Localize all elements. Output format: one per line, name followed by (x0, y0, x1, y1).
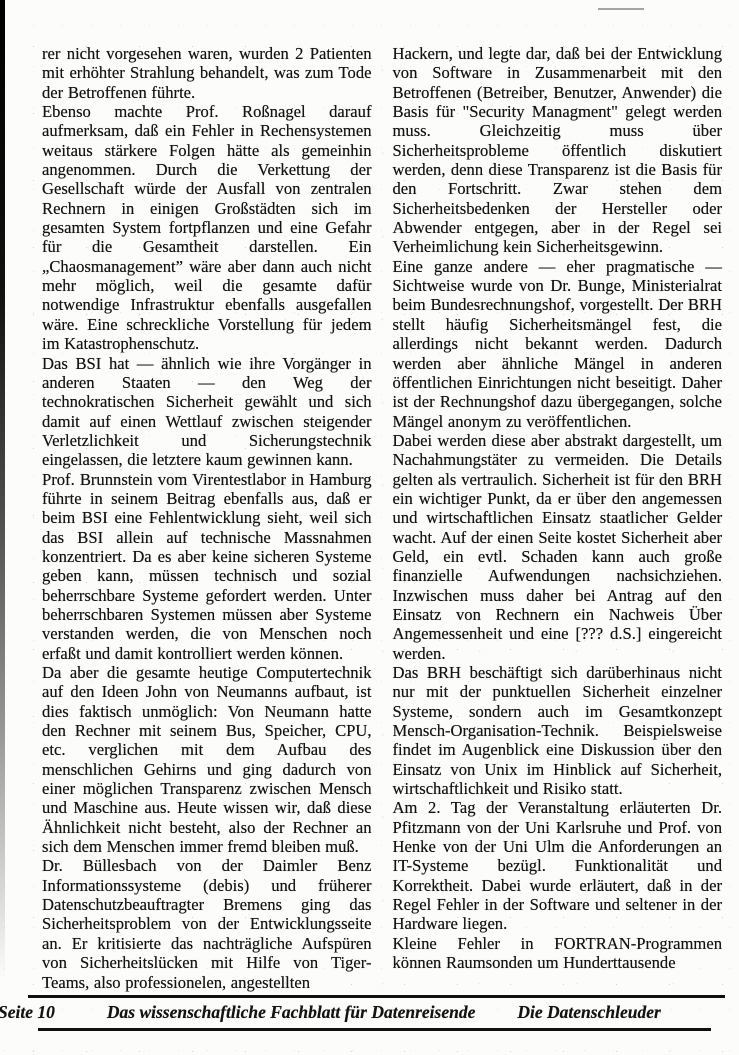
paragraph: Das BRH beschäftigt sich darüberhinaus n… (393, 663, 723, 798)
footer-rule-bottom (38, 1028, 711, 1031)
paragraph: Dr. Büllesbach von der Daimler Benz Info… (42, 856, 372, 991)
paragraph: Kleine Fehler in FORTRAN-Programmen könn… (393, 934, 723, 973)
paragraph: Am 2. Tag der Veranstaltung erläuterten … (393, 798, 723, 933)
journal-subtitle: Das wissenschaftliche Fachblatt für Date… (107, 1002, 476, 1023)
paragraph: Da aber die gesamte heutige Computertech… (42, 663, 372, 856)
paragraph: Prof. Brunnstein vom Virentestlabor in H… (42, 470, 372, 663)
page-number: Seite 10 (0, 1002, 55, 1023)
paragraph: rer nicht vorgesehen waren, wurden 2 Pat… (42, 44, 372, 102)
page-footer: Seite 10 Das wissenschaftliche Fachblatt… (0, 995, 739, 1031)
scan-dash-artifact (598, 8, 644, 10)
paragraph: Dabei werden diese aber abstrakt dargest… (393, 431, 723, 663)
journal-title: Die Datenschleuder (517, 1002, 660, 1023)
article-body: rer nicht vorgesehen waren, wurden 2 Pat… (42, 44, 722, 992)
paragraph: Hackern, und legte dar, daß bei der Entw… (393, 44, 723, 257)
left-column: rer nicht vorgesehen waren, wurden 2 Pat… (42, 44, 372, 992)
paragraph: Eine ganze andere — eher pragmatische — … (393, 257, 723, 431)
scan-edge-artifact (0, 0, 5, 980)
right-column: Hackern, und legte dar, daß bei der Entw… (393, 44, 723, 992)
paragraph: Das BSI hat — ähnlich wie ihre Vorgänger… (42, 354, 372, 470)
paragraph: Ebenso machte Prof. Roßnagel darauf aufm… (42, 102, 372, 353)
footer-row: Seite 10 Das wissenschaftliche Fachblatt… (0, 998, 739, 1028)
